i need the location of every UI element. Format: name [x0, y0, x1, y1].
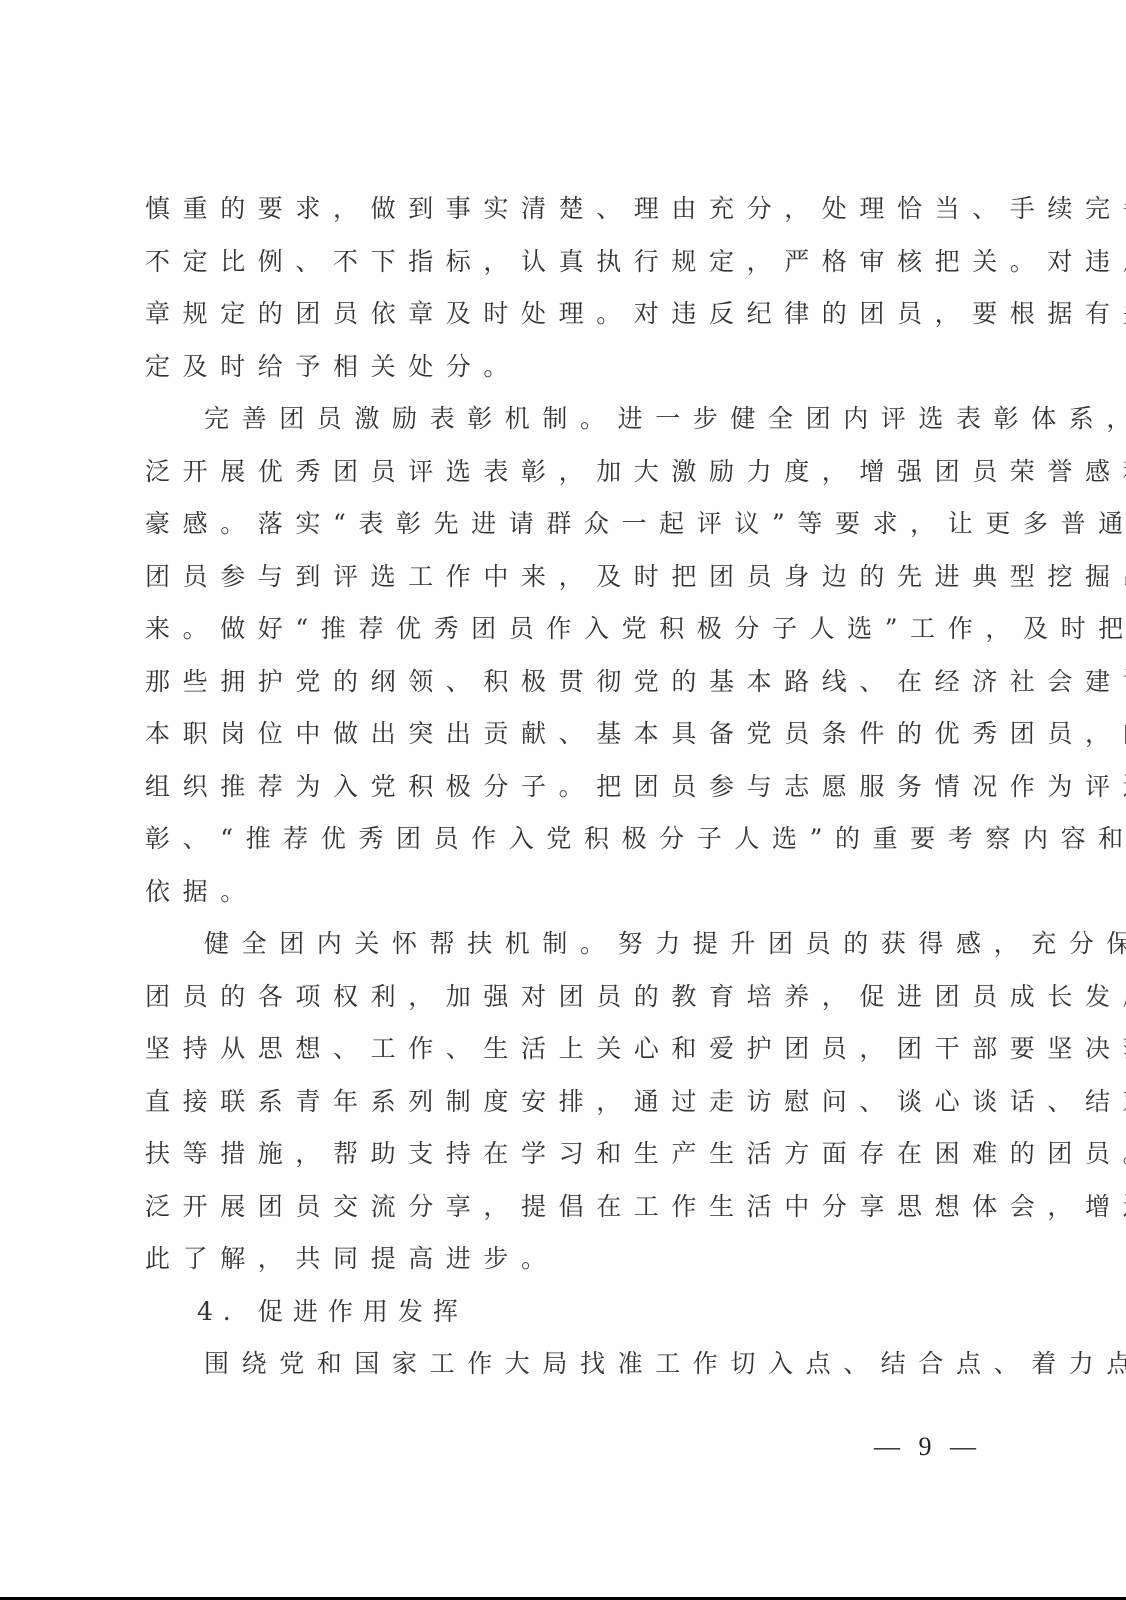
paragraph-line: 团员参与到评选工作中来，及时把团员身边的先进典型挖掘出 [145, 551, 975, 604]
page-number: — 9 — [874, 1432, 982, 1462]
paragraph-line: 豪感。落实“表彰先进请群众一起评议”等要求，让更多普通 [145, 498, 975, 551]
paragraph-line: 章规定的团员依章及时处理。对违反纪律的团员，要根据有关规 [145, 288, 975, 341]
paragraph-line: 来。做好“推荐优秀团员作入党积极分子人选”工作，及时把 [145, 603, 975, 656]
paragraph-line: 此了解，共同提高进步。 [145, 1233, 975, 1286]
paragraph-line: 泛开展团员交流分享，提倡在工作生活中分享思想体会，增进彼 [145, 1181, 975, 1234]
paragraph-line: 不定比例、不下指标，认真执行规定，严格审核把关。对违反团 [145, 236, 975, 289]
paragraph-first-line: 围绕党和国家工作大局找准工作切入点、结合点、着力点， [145, 1338, 975, 1391]
paragraph-line: 坚持从思想、工作、生活上关心和爱护团员，团干部要坚决落实 [145, 1023, 975, 1076]
section-heading: 4．促进作用发挥 [145, 1286, 975, 1339]
body-text: 慎重的要求，做到事实清楚、理由充分，处理恰当、手续完备， 不定比例、不下指标，认… [145, 183, 975, 1391]
paragraph-line: 本职岗位中做出突出贡献、基本具备党员条件的优秀团员，向党 [145, 708, 975, 761]
paragraph-line: 直接联系青年系列制度安排，通过走访慰问、谈心谈话、结对帮 [145, 1076, 975, 1129]
paragraph-line: 那些拥护党的纲领、积极贯彻党的基本路线、在经济社会建设和 [145, 656, 975, 709]
paragraph-first-line: 健全团内关怀帮扶机制。努力提升团员的获得感，充分保障 [145, 918, 975, 971]
paragraph-line: 组织推荐为入党积极分子。把团员参与志愿服务情况作为评选表 [145, 761, 975, 814]
paragraph-line: 定及时给予相关处分。 [145, 341, 975, 394]
paragraph-line: 扶等措施，帮助支持在学习和生产生活方面存在困难的团员。广 [145, 1128, 975, 1181]
document-page: 慎重的要求，做到事实清楚、理由充分，处理恰当、手续完备， 不定比例、不下指标，认… [0, 0, 1126, 1597]
paragraph-line: 泛开展优秀团员评选表彰，加大激励力度，增强团员荣誉感和自 [145, 446, 975, 499]
paragraph-line: 慎重的要求，做到事实清楚、理由充分，处理恰当、手续完备， [145, 183, 975, 236]
paragraph-line: 依据。 [145, 866, 975, 919]
paragraph-line: 团员的各项权利，加强对团员的教育培养，促进团员成长发展。 [145, 971, 975, 1024]
paragraph-first-line: 完善团员激励表彰机制。进一步健全团内评选表彰体系，广 [145, 393, 975, 446]
paragraph-line: 彰、“推荐优秀团员作入党积极分子人选”的重要考察内容和 [145, 813, 975, 866]
